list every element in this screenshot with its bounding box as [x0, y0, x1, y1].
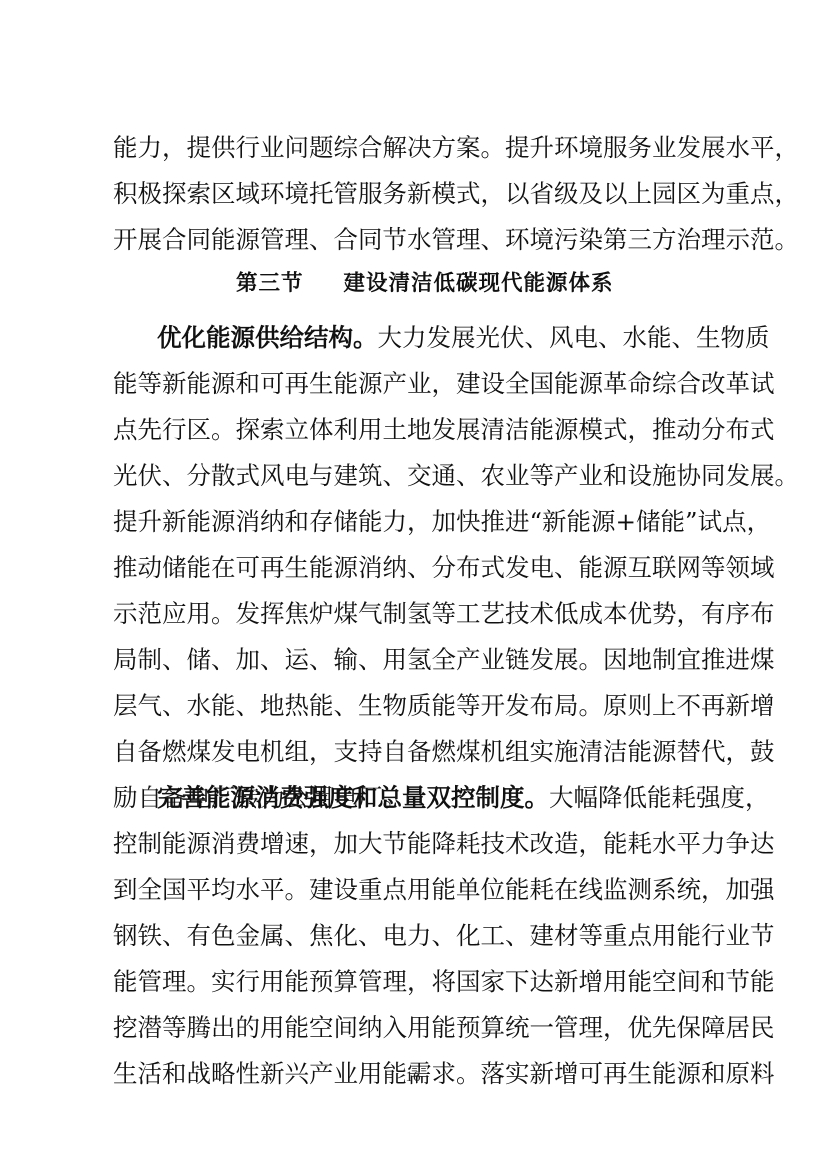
text-run: 大幅降低能耗强度，: [549, 783, 770, 812]
text-line: 提升新能源消纳和存储能力，加快推进“新能源+储能”试点，: [113, 499, 716, 545]
section-number: 第三节: [236, 271, 304, 296]
text-line: 能力，提供行业问题综合解决方案。提升环境服务业发展水平，: [113, 125, 716, 171]
paragraph-lead-heading: 优化能源供给结构。: [157, 323, 378, 352]
text-line: 积极探索区域环境托管服务新模式，以省级及以上园区为重点，: [113, 171, 716, 217]
page-number: 16: [0, 1069, 826, 1086]
text-line: 示范应用。发挥焦炉煤气制氢等工艺技术低成本优势，有序布: [113, 591, 716, 637]
paragraph-first-line: 优化能源供给结构。大力发展光伏、风电、水能、生物质: [113, 315, 716, 361]
text-line: 能管理。实行用能预算管理，将国家下达新增用能空间和节能: [113, 959, 716, 1005]
text-line: 钢铁、有色金属、焦化、电力、化工、建材等重点用能行业节: [113, 913, 716, 959]
text-line: 能等新能源和可再生能源产业，建设全国能源革命综合改革试: [113, 361, 716, 407]
text-line: 自备燃煤发电机组，支持自备燃煤机组实施清洁能源替代，鼓: [113, 729, 716, 775]
text-run: 大力发展光伏、风电、水能、生物质: [378, 323, 770, 352]
text-line: 推动储能在可再生能源消纳、分布式发电、能源互联网等领域: [113, 545, 716, 591]
text-line: 点先行区。探索立体利用土地发展清洁能源模式，推动分布式: [113, 407, 716, 453]
text-line: 局制、储、加、运、输、用氢全产业链发展。因地制宜推进煤: [113, 637, 716, 683]
paragraph-continuation: 能力，提供行业问题综合解决方案。提升环境服务业发展水平， 积极探索区域环境托管服…: [113, 125, 716, 263]
section-heading: 第三节建设清洁低碳现代能源体系: [236, 261, 614, 307]
paragraph-energy-supply: 优化能源供给结构。大力发展光伏、风电、水能、生物质 能等新能源和可再生能源产业，…: [113, 315, 716, 821]
paragraph-first-line: 完善能源消费强度和总量双控制度。大幅降低能耗强度，: [113, 775, 716, 821]
section-title: 建设清洁低碳现代能源体系: [344, 271, 614, 296]
document-page: 能力，提供行业问题综合解决方案。提升环境服务业发展水平， 积极探索区域环境托管服…: [0, 0, 826, 1169]
paragraph-dual-control: 完善能源消费强度和总量双控制度。大幅降低能耗强度， 控制能源消费增速，加大节能降…: [113, 775, 716, 1097]
text-line: 到全国平均水平。建设重点用能单位能耗在线监测系统，加强: [113, 867, 716, 913]
text-line: 层气、水能、地热能、生物质能等开发布局。原则上不再新增: [113, 683, 716, 729]
text-line: 开展合同能源管理、合同节水管理、环境污染第三方治理示范。: [113, 217, 716, 263]
paragraph-lead-heading: 完善能源消费强度和总量双控制度。: [157, 783, 549, 812]
text-line: 光伏、分散式风电与建筑、交通、农业等产业和设施协同发展。: [113, 453, 716, 499]
text-line: 挖潜等腾出的用能空间纳入用能预算统一管理，优先保障居民: [113, 1005, 716, 1051]
text-line: 控制能源消费增速，加大节能降耗技术改造，能耗水平力争达: [113, 821, 716, 867]
